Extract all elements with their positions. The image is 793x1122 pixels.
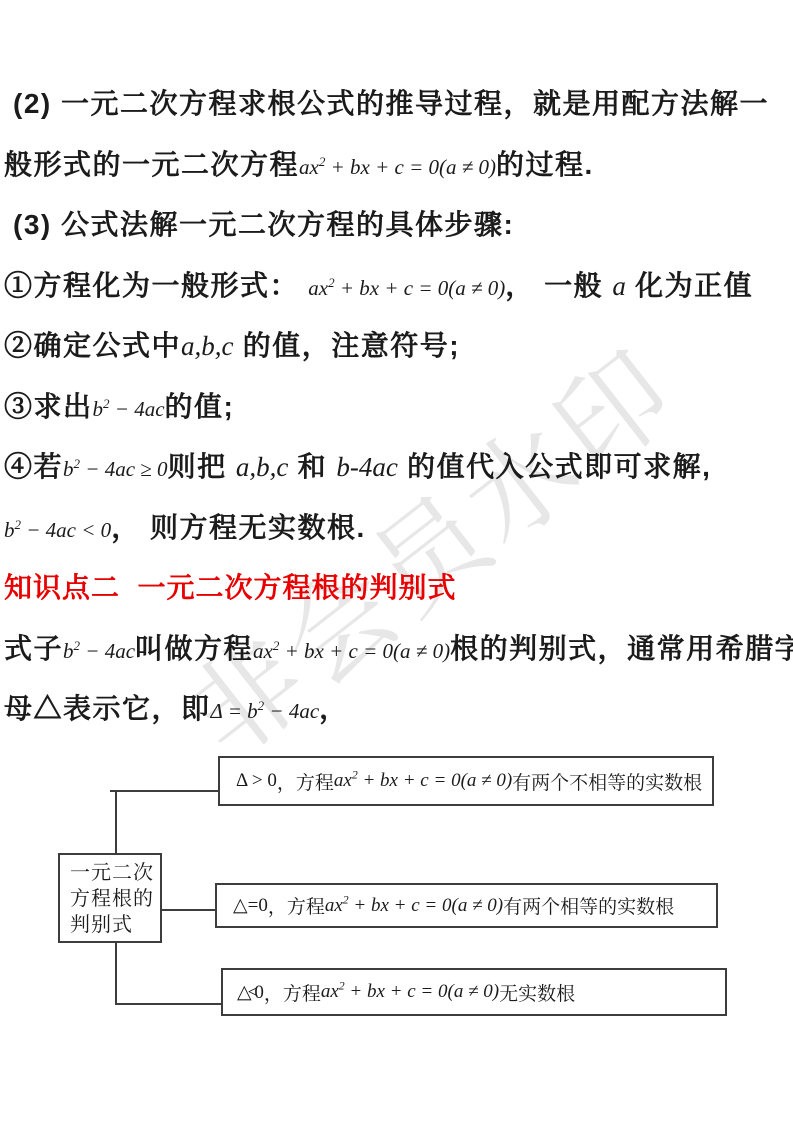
connector-line-top-horizontal xyxy=(110,790,218,792)
math-formula: △=0 xyxy=(233,894,268,917)
connector-line-top-vertical xyxy=(115,790,117,854)
diagram-left-box: 一元二次方程根的判别式 xyxy=(58,853,162,943)
connector-line-bottom-horizontal xyxy=(115,1003,221,1005)
left-box-line: 判别式 xyxy=(70,912,160,938)
text-run: ，方程 xyxy=(277,768,334,795)
connector-line-bottom-vertical xyxy=(115,941,117,1005)
connector-line-middle-horizontal xyxy=(162,909,215,911)
math-formula: Δ > 0 xyxy=(236,770,277,792)
left-box-line: 一元二次 xyxy=(70,860,160,886)
math-formula: ax2 + bx + c = 0(a ≠ 0) xyxy=(334,770,512,792)
document-page: { "colors": { "background": "#ffffff", "… xyxy=(0,0,793,1122)
diagram-branch-box-delta-negative: △<0，方程ax2 + bx + c = 0(a ≠ 0)无实数根 xyxy=(221,968,727,1016)
diagram-branch-box-delta-positive: Δ > 0，方程ax2 + bx + c = 0(a ≠ 0)有两个不相等的实数… xyxy=(218,756,714,806)
text-run: 无实数根 xyxy=(499,979,575,1006)
diagram-branch-box-delta-zero: △=0 ，方程ax2 + bx + c = 0(a ≠ 0)有两个相等的实数根 xyxy=(215,883,718,928)
text-run: ，方程 xyxy=(264,979,321,1006)
math-formula: ax2 + bx + c = 0(a ≠ 0) xyxy=(325,895,503,917)
discriminant-diagram: 一元二次方程根的判别式 Δ > 0，方程ax2 + bx + c = 0(a ≠… xyxy=(0,0,793,1122)
left-box-line: 方程根的 xyxy=(70,886,160,912)
math-formula: ax2 + bx + c = 0(a ≠ 0) xyxy=(321,981,499,1003)
text-run: ，方程 xyxy=(268,892,325,919)
text-run: 有两个不相等的实数根 xyxy=(512,768,702,795)
math-formula: △<0 xyxy=(237,981,264,1004)
text-run: 有两个相等的实数根 xyxy=(503,892,674,919)
